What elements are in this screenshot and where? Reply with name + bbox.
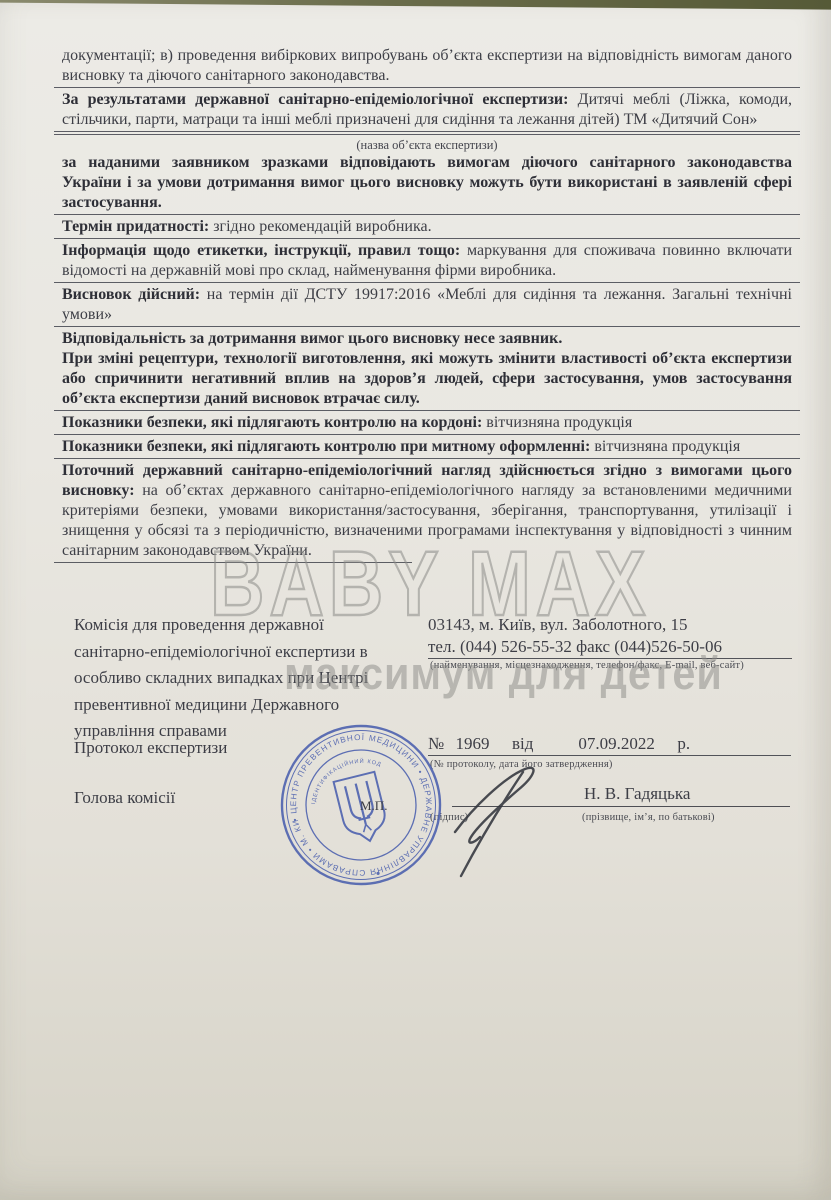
section-label: Інформація щодо етикетки, інструкції, пр…: [62, 242, 460, 259]
section-text: згідно рекомендацій виробника.: [209, 218, 431, 235]
doc-paragraph-results: За результатами державної санітарно-епід…: [62, 90, 792, 130]
section-label: Термін придатності:: [62, 218, 209, 235]
doc-paragraph-responsibility: Відповідальність за дотримання вимог цьо…: [62, 329, 792, 349]
section-text: вітчизняна продукція: [482, 414, 632, 431]
doc-paragraph-change-clause: При зміні рецептури, технології виготовл…: [62, 349, 792, 409]
doc-paragraph-intro: документації; в) проведення вибіркових в…: [62, 46, 792, 86]
section-text: на об’єктах державного санітарно-епідемі…: [62, 482, 792, 559]
divider: [54, 434, 800, 435]
divider-double-top: [54, 131, 800, 132]
commission-head-label: Голова комісії: [74, 788, 175, 808]
doc-paragraph-shelf-life: Термін придатності: згідно рекомендацій …: [62, 217, 792, 237]
commission-line: Комісія для проведення державної: [74, 612, 426, 639]
divider: [54, 87, 800, 88]
doc-paragraph-border-control: Показники безпеки, які підлягають контро…: [62, 413, 792, 433]
divider: [54, 282, 800, 283]
document-footer: Комісія для проведення державної санітар…: [0, 610, 831, 1200]
protocol-label: Протокол експертизи: [74, 738, 227, 758]
document-body: документації; в) проведення вибіркових в…: [62, 46, 792, 565]
object-name-caption: (назва об’єкта експертизи): [62, 137, 792, 153]
commission-line: превентивної медицини Державного: [74, 692, 426, 719]
scanned-document-page: документації; в) проведення вибіркових в…: [0, 0, 831, 1200]
doc-paragraph-customs-control: Показники безпеки, які підлягають контро…: [62, 437, 792, 457]
divider-double-bottom: [54, 134, 800, 135]
commission-line: особливо складних випадках при Центрі: [74, 665, 426, 692]
divider: [54, 458, 800, 459]
commission-address: 03143, м. Київ, вул. Заболотного, 15: [428, 615, 687, 635]
divider: [54, 238, 800, 239]
divider: [54, 214, 800, 215]
photo-background-edge: [0, 0, 831, 13]
divider: [54, 410, 800, 411]
section-label: Висновок дійсний:: [62, 286, 200, 303]
commission-head-name: Н. В. Гадяцька: [584, 784, 690, 804]
section-label: Показники безпеки, які підлягають контро…: [62, 438, 590, 455]
commission-line: санітарно-епідеміологічної експертизи в: [74, 639, 426, 666]
section-text: вітчизняна продукція: [590, 438, 740, 455]
section-label: Показники безпеки, які підлягають контро…: [62, 414, 482, 431]
doc-paragraph-labeling: Інформація щодо етикетки, інструкції, пр…: [62, 241, 792, 281]
name-caption: (прізвище, ім’я, по батькові): [582, 812, 715, 823]
doc-paragraph-validity: Висновок дійсний: на термін дії ДСТУ 199…: [62, 285, 792, 325]
handwritten-signature: [425, 736, 585, 896]
doc-paragraph-surveillance: Поточний державний санітарно-епідеміолог…: [62, 461, 792, 561]
section-label: За результатами державної санітарно-епід…: [62, 91, 568, 108]
doc-paragraph-conformity: за наданими заявником зразками відповіда…: [62, 153, 792, 213]
contact-caption: (найменування, місцезнаходження, телефон…: [430, 660, 744, 671]
divider-partial: [54, 562, 412, 563]
seal-place-mark: М.П.: [360, 798, 387, 814]
divider: [54, 326, 800, 327]
commission-phone-fax: тел. (044) 526-55-32 факс (044)526-50-06: [428, 637, 792, 659]
